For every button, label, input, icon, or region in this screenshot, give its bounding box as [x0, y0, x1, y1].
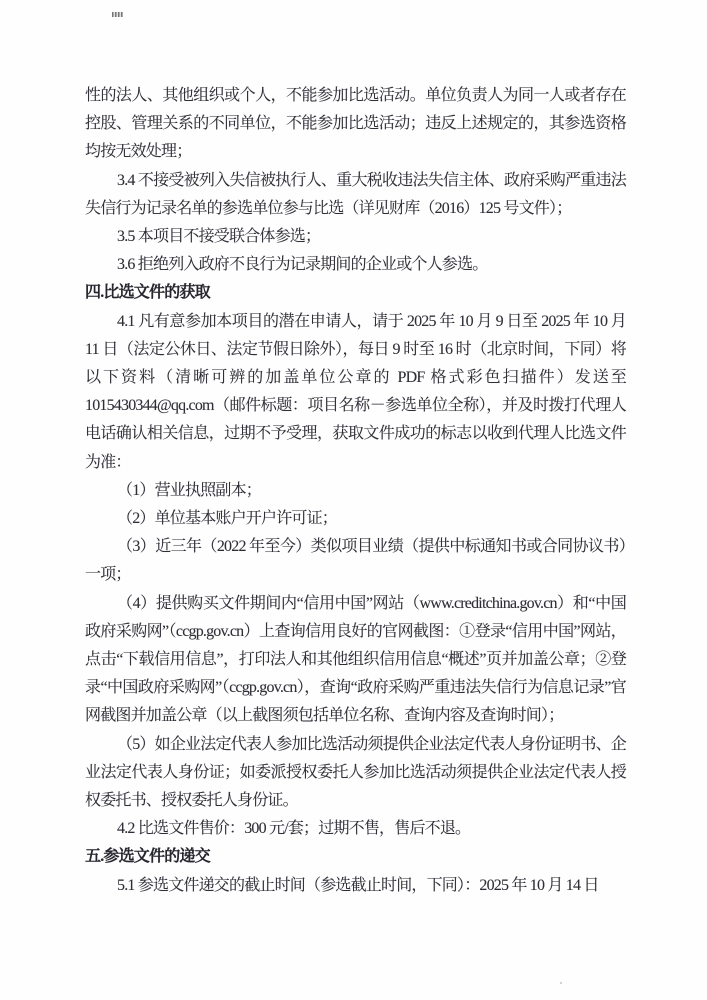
scan-smudge-artifact: [112, 12, 123, 17]
paragraph-3-4: 3.4 不接受被列入失信被执行人、重大税收违法失信主体、政府采购严重违法失信行为…: [85, 167, 626, 223]
paragraph-4-2: 4.2 比选文件售价：300 元/套；过期不售，售后不退。: [85, 815, 626, 843]
list-item-1: （1）营业执照副本；: [85, 477, 626, 505]
paragraph-3-6: 3.6 拒绝列入政府不良行为记录期间的企业或个人参选。: [85, 251, 626, 279]
list-item-5: （5）如企业法定代表人参加比选活动须提供企业法定代表人身份证明书、企业法定代表人…: [85, 731, 626, 816]
document-content: 性的法人、其他组织或个人，不能参加比选活动。单位负责人为同一人或者存在控股、管理…: [85, 82, 626, 900]
paragraph-5-1: 5.1 参选文件递交的截止时间（参选截止时间，下同）：2025 年 10 月 1…: [85, 872, 626, 900]
list-item-4: （4）提供购买文件期间内“信用中国”网站（www.creditchina.gov…: [85, 590, 626, 731]
paragraph-4-1: 4.1 凡有意参加本项目的潜在申请人，请于 2025 年 10 月 9 日至 2…: [85, 308, 626, 477]
paragraph-3-5: 3.5 本项目不接受联合体参选；: [85, 223, 626, 251]
document-page: 性的法人、其他组织或个人，不能参加比选活动。单位负责人为同一人或者存在控股、管理…: [0, 0, 707, 1000]
list-item-3: （3）近三年（2022 年至今）类似项目业绩（提供中标通知书或合同协议书）一项；: [85, 533, 626, 589]
section-heading-5: 五.参选文件的递交: [85, 843, 626, 871]
section-heading-4: 四.比选文件的获取: [85, 279, 626, 307]
paragraph-3-3-continuation: 性的法人、其他组织或个人，不能参加比选活动。单位负责人为同一人或者存在控股、管理…: [85, 82, 626, 167]
scan-speck: [560, 982, 562, 984]
list-item-2: （2）单位基本账户开户许可证；: [85, 505, 626, 533]
